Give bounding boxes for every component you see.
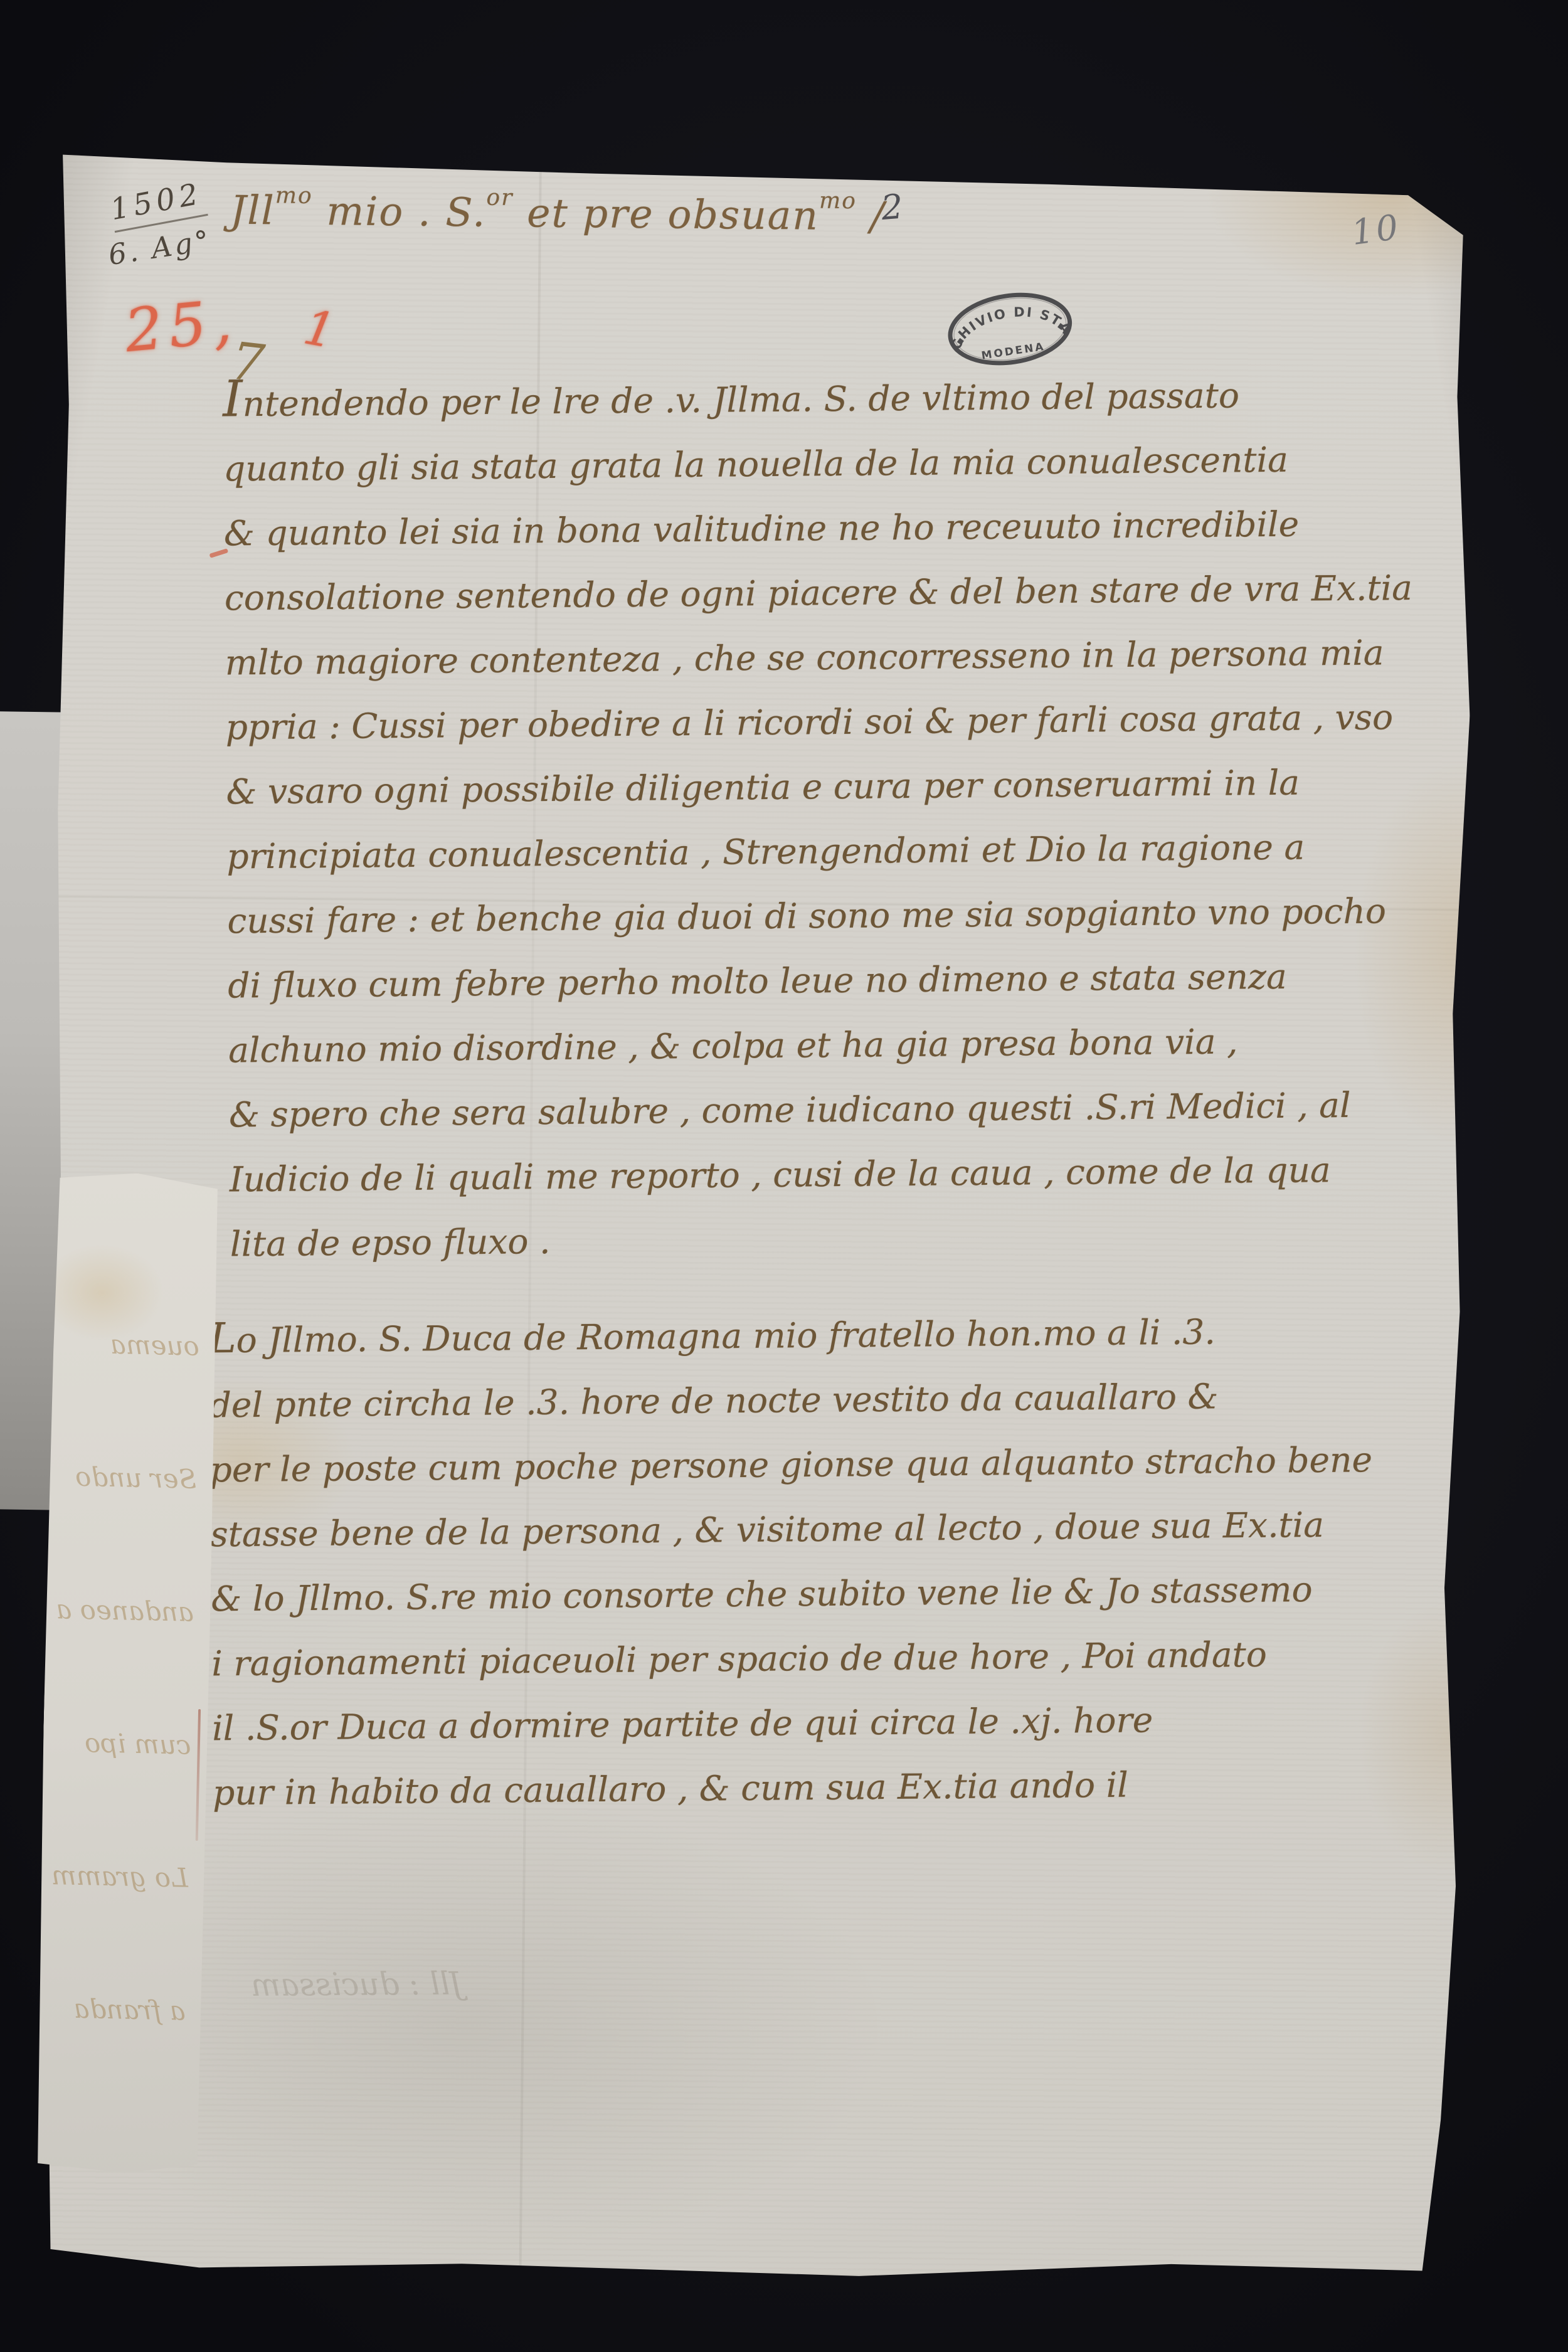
heading-superscript: mo bbox=[819, 188, 857, 215]
bleed-through-ghost-text: Jll : ducissam bbox=[251, 1965, 463, 2003]
bleed-line: andaneo a bbox=[55, 1543, 195, 1679]
manuscript-line: quanto gli sia stata grata la nouella de… bbox=[223, 426, 1412, 502]
manuscript-line: cussi fare : et benche gia duoi di sono … bbox=[227, 879, 1416, 954]
heading-segment: et pre obsuan bbox=[513, 190, 819, 239]
heading-segment: Jll bbox=[230, 188, 275, 234]
manuscript-line: & vsaro ogni possibile diligentia e cura… bbox=[226, 750, 1414, 825]
bleed-through-lines: ouemaSer undoandaneo acum ipoLo gramma f… bbox=[46, 1277, 201, 2077]
bleed-line: Ser undo bbox=[58, 1410, 198, 1546]
page-number: 10 bbox=[1349, 206, 1403, 253]
red-chalk-number: 25, bbox=[122, 287, 241, 366]
manuscript-line: Intendendo per le lre de .v. Jllma. S. d… bbox=[223, 356, 1411, 437]
manuscript-line: Lo Jllmo. S. Duca de Romagna mio fratell… bbox=[208, 1296, 1371, 1373]
bleed-line: a franda bbox=[46, 1942, 187, 2078]
manuscript-line: & quanto lei sia in bona valitudine ne h… bbox=[224, 491, 1412, 566]
archival-photo: 1502 6. Ag° Jllmo mio . S.or et pre obsu… bbox=[0, 0, 1568, 2352]
manuscript-line: & spero che sera salubre , come iudicano… bbox=[229, 1073, 1417, 1148]
overlapping-sheet: ouemaSer undoandaneo acum ipoLo gramma f… bbox=[34, 1172, 220, 2175]
bleed-line: ouema bbox=[60, 1277, 201, 1413]
manuscript-page: 1502 6. Ag° Jllmo mio . S.or et pre obsu… bbox=[36, 149, 1475, 2291]
binding-thread bbox=[196, 1709, 201, 1841]
salutation-heading: Jllmo mio . S.or et pre obsuanmo / bbox=[230, 183, 886, 240]
heading-segment: mio . S. bbox=[312, 188, 487, 236]
manuscript-line: lita de epso fluxo . bbox=[230, 1202, 1418, 1277]
manuscript-line: di fluxo cum febre perho molto leue no d… bbox=[228, 943, 1416, 1019]
folio-number: 2 bbox=[880, 187, 904, 228]
manuscript-line: principiata conualescentia , Strengendom… bbox=[226, 814, 1415, 889]
manuscript-line: & lo Jllmo. S.re mio consorte che subito… bbox=[211, 1557, 1374, 1631]
manuscript-line: per le poste cum poche persone gionse qu… bbox=[209, 1428, 1372, 1502]
manuscript-line: il .S.or Duca a dormire partite de qui c… bbox=[212, 1686, 1375, 1761]
date-year: 1502 bbox=[108, 176, 208, 233]
manuscript-line: Iudicio de li quali me reporto , cusi de… bbox=[230, 1137, 1418, 1212]
manuscript-line: del pnte circha le .3. hore de nocte ves… bbox=[209, 1363, 1372, 1438]
manuscript-line: ppria : Cussi per obedire a li ricordi s… bbox=[225, 685, 1414, 760]
heading-superscript: or bbox=[486, 185, 513, 211]
red-chalk-number-secondary: 1 bbox=[300, 299, 340, 359]
manuscript-line: alchuno mio disordine , & colpa et ha gi… bbox=[228, 1008, 1417, 1083]
manuscript-line: stasse bene de la persona , & visitome a… bbox=[210, 1492, 1373, 1567]
manuscript-line: pur in habito da cauallaro , & cum sua E… bbox=[213, 1751, 1375, 1825]
letter-paragraph-2: Lo Jllmo. S. Duca de Romagna mio fratell… bbox=[208, 1296, 1375, 1825]
manuscript-line: consolatione sentendo de ogni piacere & … bbox=[224, 556, 1412, 631]
manuscript-line: i ragionamenti piaceuoli per spacio de d… bbox=[211, 1621, 1374, 1696]
letter-paragraph-1: Intendendo per le lre de .v. Jllma. S. d… bbox=[223, 356, 1419, 1276]
archivist-date-annotation: 1502 6. Ag° bbox=[108, 177, 213, 270]
heading-superscript: mo bbox=[275, 183, 313, 209]
bleed-line: cum ipo bbox=[52, 1676, 193, 1812]
bleed-line: Lo gramm bbox=[49, 1809, 189, 1945]
manuscript-line: mlto magiore contenteza , che se concorr… bbox=[225, 620, 1413, 696]
